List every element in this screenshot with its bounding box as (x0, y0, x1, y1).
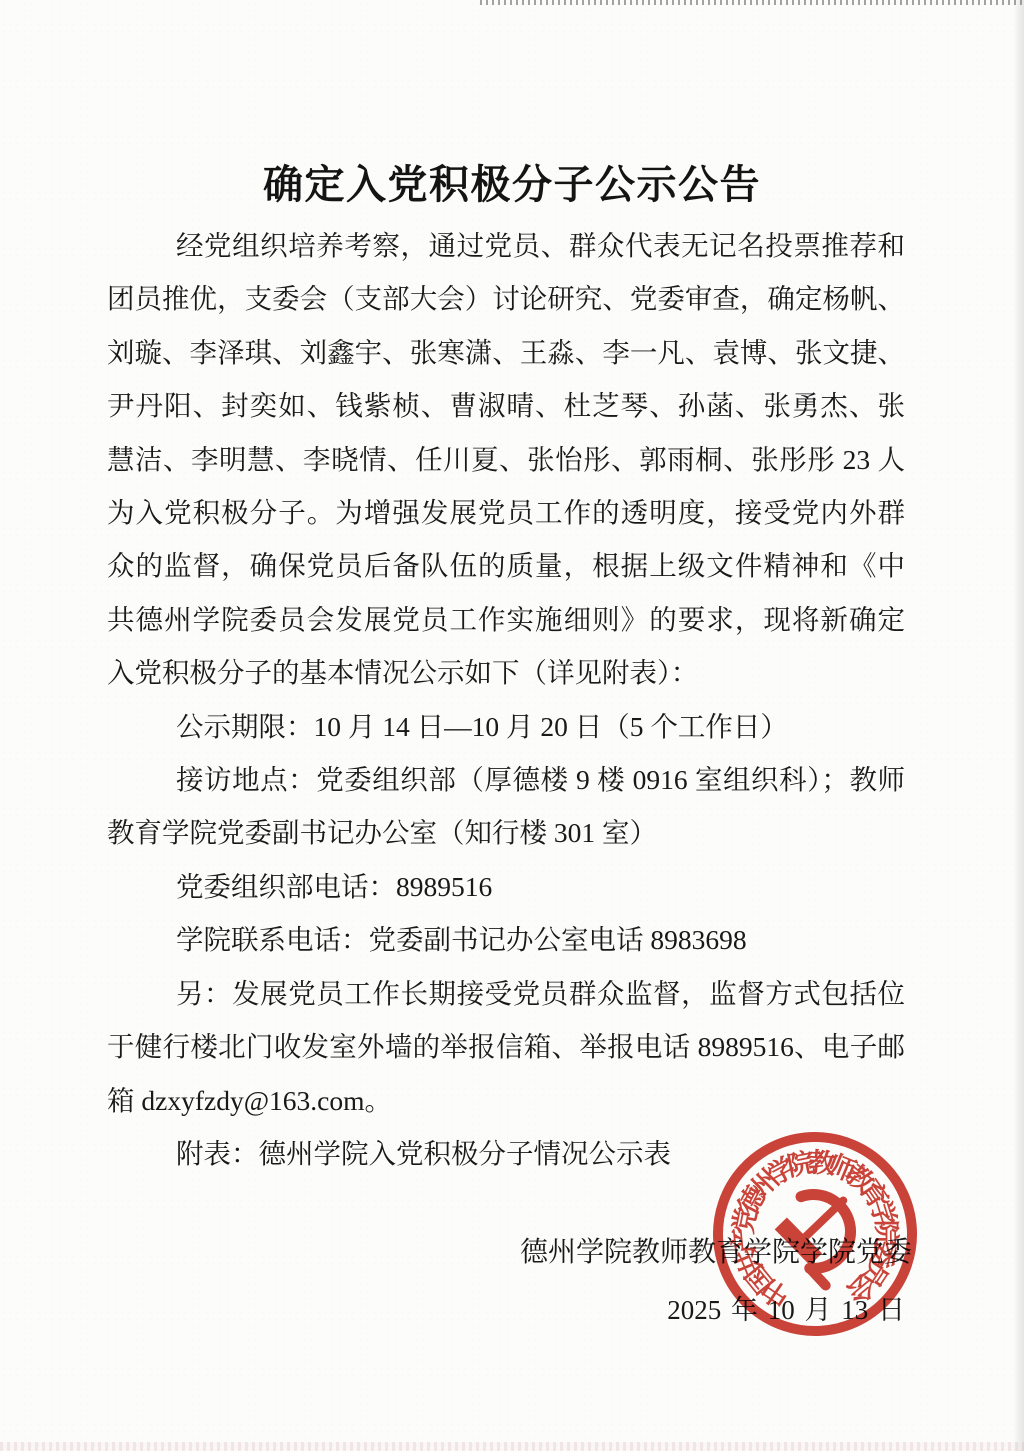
body-line: 刘璇、李泽琪、刘鑫宇、张寒潇、王淼、李一凡、袁博、张文捷、 (107, 326, 905, 379)
phone-line: 学院联系电话：党委副书记办公室电话 8983698 (107, 913, 905, 966)
scanner-edge-artifact-top (480, 0, 1024, 5)
body-line: 为入党积极分子。为增强发展党员工作的透明度，接受党内外群 (107, 486, 905, 539)
publicity-period-line: 公示期限：10 月 14 日—10 月 20 日（5 个工作日） (107, 700, 905, 753)
email-line: 箱 dzxyfzdy@163.com。 (107, 1074, 905, 1127)
scanned-document-page: 确定入党积极分子公示公告 经党组织培养考察，通过党员、群众代表无记名投票推荐和 … (0, 0, 1024, 1451)
party-emblem-icon (785, 1193, 853, 1288)
body-line: 共德州学院委员会发展党员工作实施细则》的要求，现将新确定 (107, 593, 905, 646)
body-line: 众的监督，确保党员后备队伍的质量，根据上级文件精神和《中 (107, 539, 905, 592)
body-line: 经党组织培养考察，通过党员、群众代表无记名投票推荐和 (107, 219, 905, 272)
phone-line: 党委组织部电话：8989516 (107, 860, 905, 913)
scanner-edge-artifact-bottom (0, 1442, 1024, 1451)
scanner-edge-artifact-right (1013, 0, 1024, 1451)
body-line: 尹丹阳、封奕如、钱紫桢、曹淑晴、杜芝琴、孙菡、张勇杰、张 (107, 379, 905, 432)
body-line: 另：发展党员工作长期接受党员群众监督，监督方式包括位 (107, 967, 905, 1020)
page-title: 确定入党积极分子公示公告 (0, 153, 1024, 210)
body-line: 于健行楼北门收发室外墙的举报信箱、举报电话 8989516、电子邮 (107, 1020, 905, 1073)
body-line: 入党积极分子的基本情况公示如下（详见附表）： (107, 646, 905, 699)
reception-location-line: 接访地点：党委组织部（厚德楼 9 楼 0916 室组织科）；教师 (107, 753, 905, 806)
reception-location-line: 教育学院党委副书记办公室（知行楼 301 室） (107, 806, 905, 859)
official-seal: 中国共产党德州学院教师教育学院委员会 (706, 1125, 925, 1344)
document-body: 经党组织培养考察，通过党员、群众代表无记名投票推荐和 团员推优，支委会（支部大会… (107, 219, 905, 1180)
body-line: 慧洁、李明慧、李晓情、任川夏、张怡彤、郭雨桐、张彤彤 23 人 (107, 433, 905, 486)
body-line: 团员推优，支委会（支部大会）讨论研究、党委审查，确定杨帆、 (107, 272, 905, 325)
